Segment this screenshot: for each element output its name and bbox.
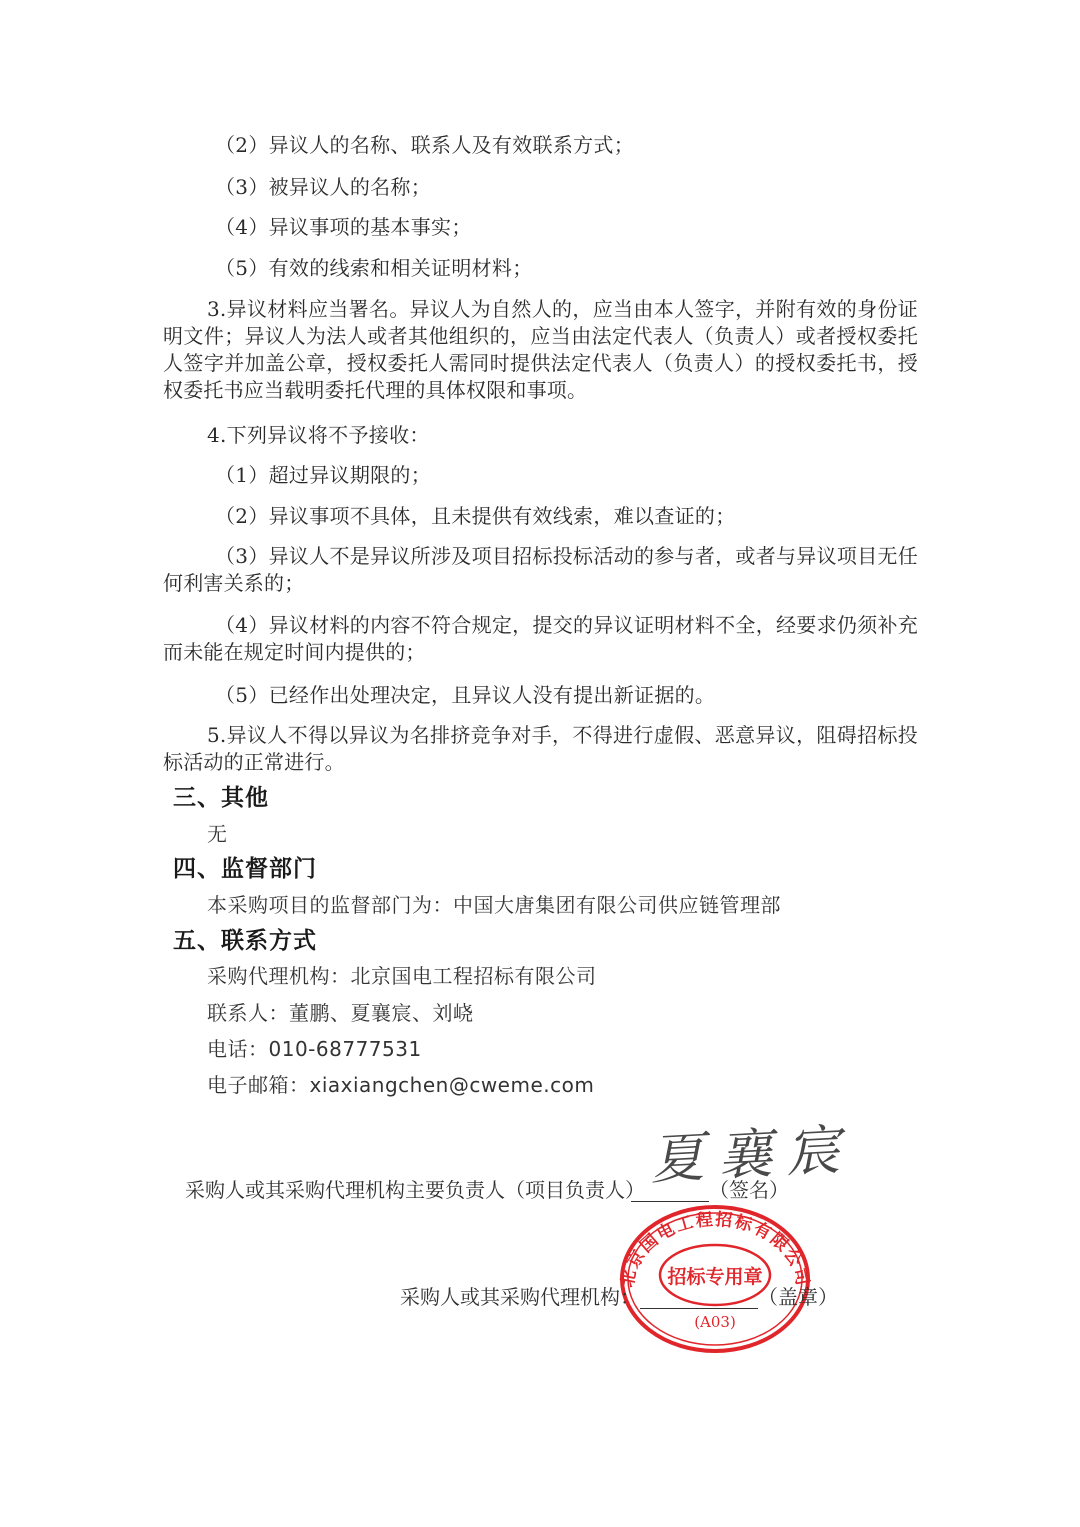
section-other-body: 无 [207,822,228,846]
signature-label: 采购人或其采购代理机构主要负责人（项目负责人） [185,1178,645,1202]
seal-suffix: （盖章） [758,1285,838,1309]
clause-3-paragraph: 3.异议材料应当署名。异议人为自然人的，应当由本人签字，并附有效的身份证明文件；… [163,296,918,404]
section-heading-other: 三、其他 [173,784,269,812]
list-item: （4）异议材料的内容不符合规定，提交的异议证明材料不全，经要求仍须补充而未能在规… [163,612,918,666]
list-item: （5）已经作出处理决定，且异议人没有提出新证据的。 [215,683,715,707]
signature-blank [631,1181,709,1202]
seal-label: 采购人或其采购代理机构： [400,1285,640,1309]
section-heading-contact: 五、联系方式 [173,927,317,955]
contact-persons: 联系人：董鹏、夏襄宸、刘峣 [207,1001,474,1025]
seal-blank [640,1288,758,1309]
supervision-department-text: 本采购项目的监督部门为：中国大唐集团有限公司供应链管理部 [207,893,781,917]
svg-text:(A03): (A03) [694,1313,736,1331]
list-item: （2）异议人的名称、联系人及有效联系方式； [215,133,634,157]
list-item: （3）异议人不是异议所涉及项目招标投标活动的参与者，或者与异议项目无任何利害关系… [163,543,918,597]
list-item: （5）有效的线索和相关证明材料； [215,256,533,280]
seal-line: 采购人或其采购代理机构：（盖章） [400,1285,838,1309]
email-address[interactable]: 电子邮箱：xiaxiangchen@cweme.com [207,1073,594,1097]
phone-number: 电话：010-68777531 [207,1037,422,1061]
clause-4-title: 4.下列异议将不予接收： [207,423,430,447]
section-heading-supervision: 四、监督部门 [173,855,317,883]
list-item: （1）超过异议期限的； [215,463,431,487]
clause-5-paragraph: 5.异议人不得以异议为名排挤竞争对手，不得进行虚假、恶意异议，阻碍招标投标活动的… [163,722,918,776]
list-item: （4）异议事项的基本事实； [215,215,472,239]
signature-suffix: （签名） [709,1178,789,1202]
agency-name: 采购代理机构：北京国电工程招标有限公司 [207,964,597,988]
signature-line: 采购人或其采购代理机构主要负责人（项目负责人）（签名） [185,1178,789,1202]
official-seal-stamp: 北京国电工程招标有限公司 招标专用章 (A03) [618,1203,812,1355]
list-item: （2）异议事项不具体，且未提供有效线索，难以查证的； [215,504,736,528]
list-item: （3）被异议人的名称； [215,175,431,199]
